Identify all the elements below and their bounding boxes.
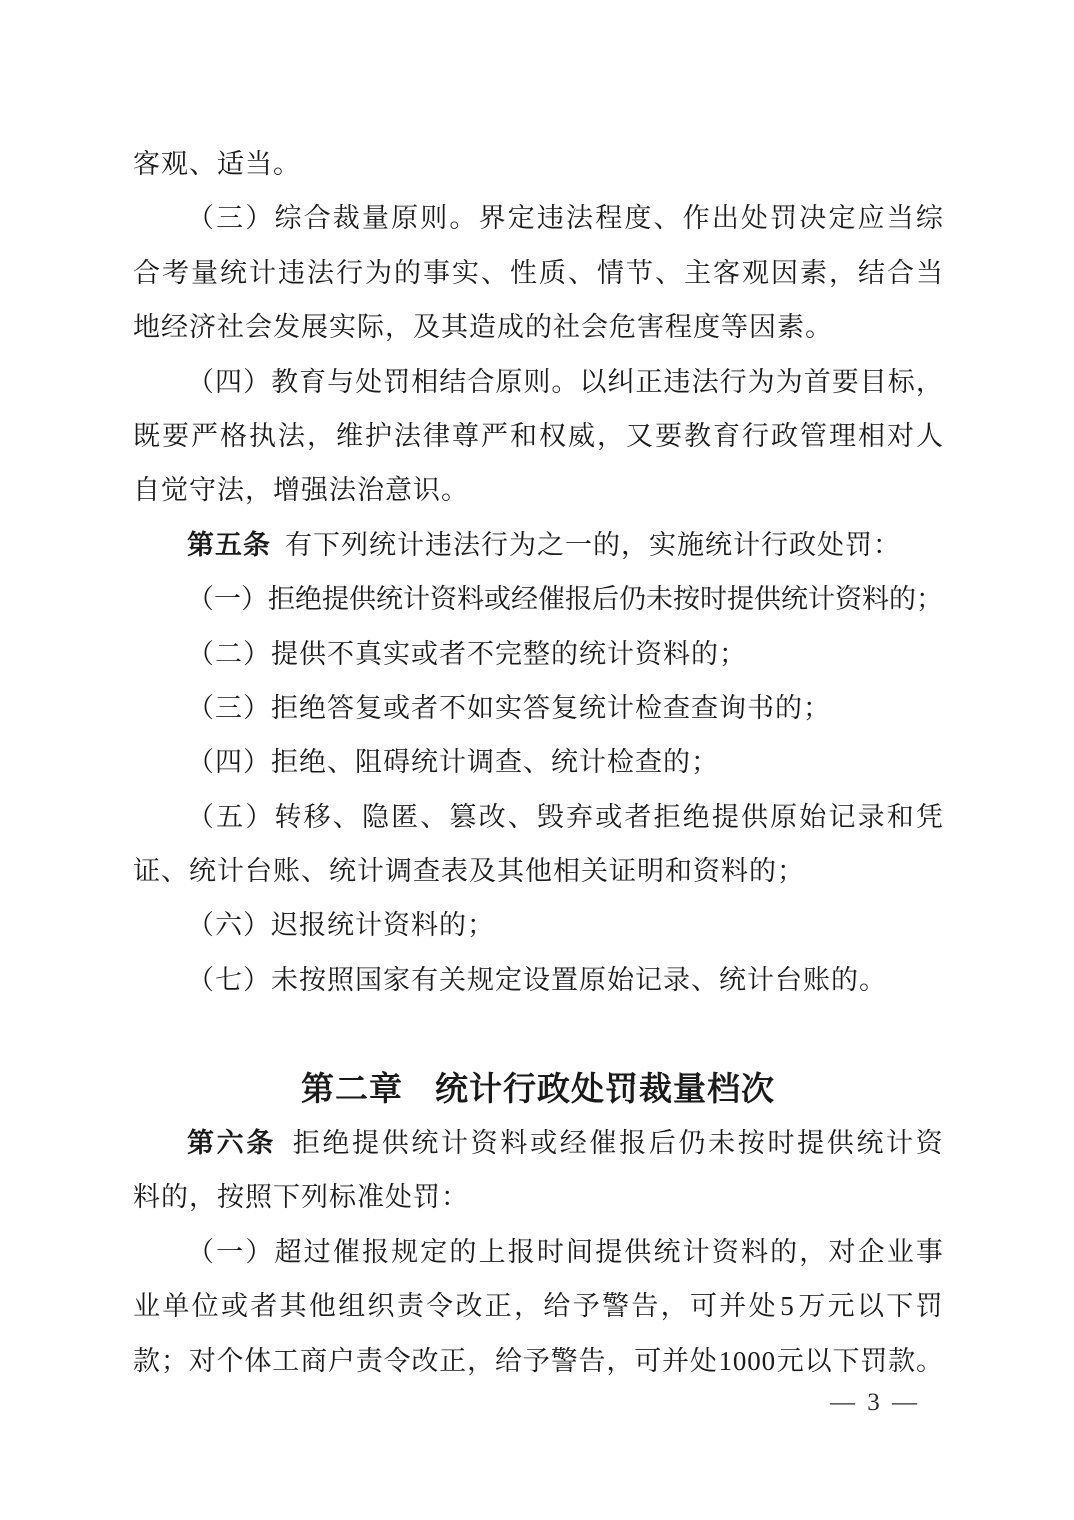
text-line: （二）提供不真实或者不完整的统计资料的； [133,627,943,681]
text-line: 业单位或者其他组织责令改正，给予警告，可并处 5 万元以下罚 [133,1279,943,1333]
text-line: 客观、适当。 [133,137,943,191]
text-line: 证、统计台账、统计调查表及其他相关证明和资料的； [133,844,943,898]
chapter-number: 第二章 [301,1070,403,1107]
text-line: （五）转移、隐匿、篡改、毁弃或者拒绝提供原始记录和凭 [133,790,943,844]
text-line: 款；对个体工商户责令改正，给予警告，可并处 1000 元以下罚款。 [133,1334,943,1388]
text-line: 自觉守法，增强法治意识。 [133,463,943,517]
text-line: （四）教育与处罚相结合原则。以纠正违法行为为首要目标， [133,355,943,409]
text-line: （三）综合裁量原则。界定违法程度、作出处罚决定应当综 [133,191,943,245]
text-line: （一）拒绝提供统计资料或经催报后仍未按时提供统计资料的； [133,572,943,626]
text-line: 第六条拒绝提供统计资料或经催报后仍未按时提供统计资 [133,1116,943,1170]
text-line: 料的，按照下列标准处罚： [133,1170,943,1224]
text-line: （三）拒绝答复或者不如实答复统计检查查询书的； [133,681,943,735]
chapter-title: 统计行政处罚裁量档次 [435,1070,775,1107]
article-number: 第五条 [187,530,271,560]
text-line: （一）超过催报规定的上报时间提供统计资料的，对企业事 [133,1225,943,1279]
text-line: （四）拒绝、阻碍统计调查、统计检查的； [133,735,943,789]
blank-line [133,1007,943,1061]
text-line: （七）未按照国家有关规定设置原始记录、统计台账的。 [133,953,943,1007]
page-number: — 3 — [830,1389,920,1417]
document-page: 客观、适当。（三）综合裁量原则。界定违法程度、作出处罚决定应当综合考量统计违法行… [0,0,1074,1520]
text-line: 第五条有下列统计违法行为之一的，实施统计行政处罚： [133,518,943,572]
text-line: （六）迟报统计资料的； [133,898,943,952]
text-line: 合考量统计违法行为的事实、性质、情节、主客观因素，结合当 [133,246,943,300]
document-body: 客观、适当。（三）综合裁量原则。界定违法程度、作出处罚决定应当综合考量统计违法行… [133,137,943,1388]
text-line: 既要严格执法，维护法律尊严和权威，又要教育行政管理相对人 [133,409,943,463]
chapter-heading: 第二章统计行政处罚裁量档次 [133,1062,943,1116]
article-text: 有下列统计违法行为之一的，实施统计行政处罚： [285,530,901,560]
text-line: 地经济社会发展实际，及其造成的社会危害程度等因素。 [133,300,943,354]
